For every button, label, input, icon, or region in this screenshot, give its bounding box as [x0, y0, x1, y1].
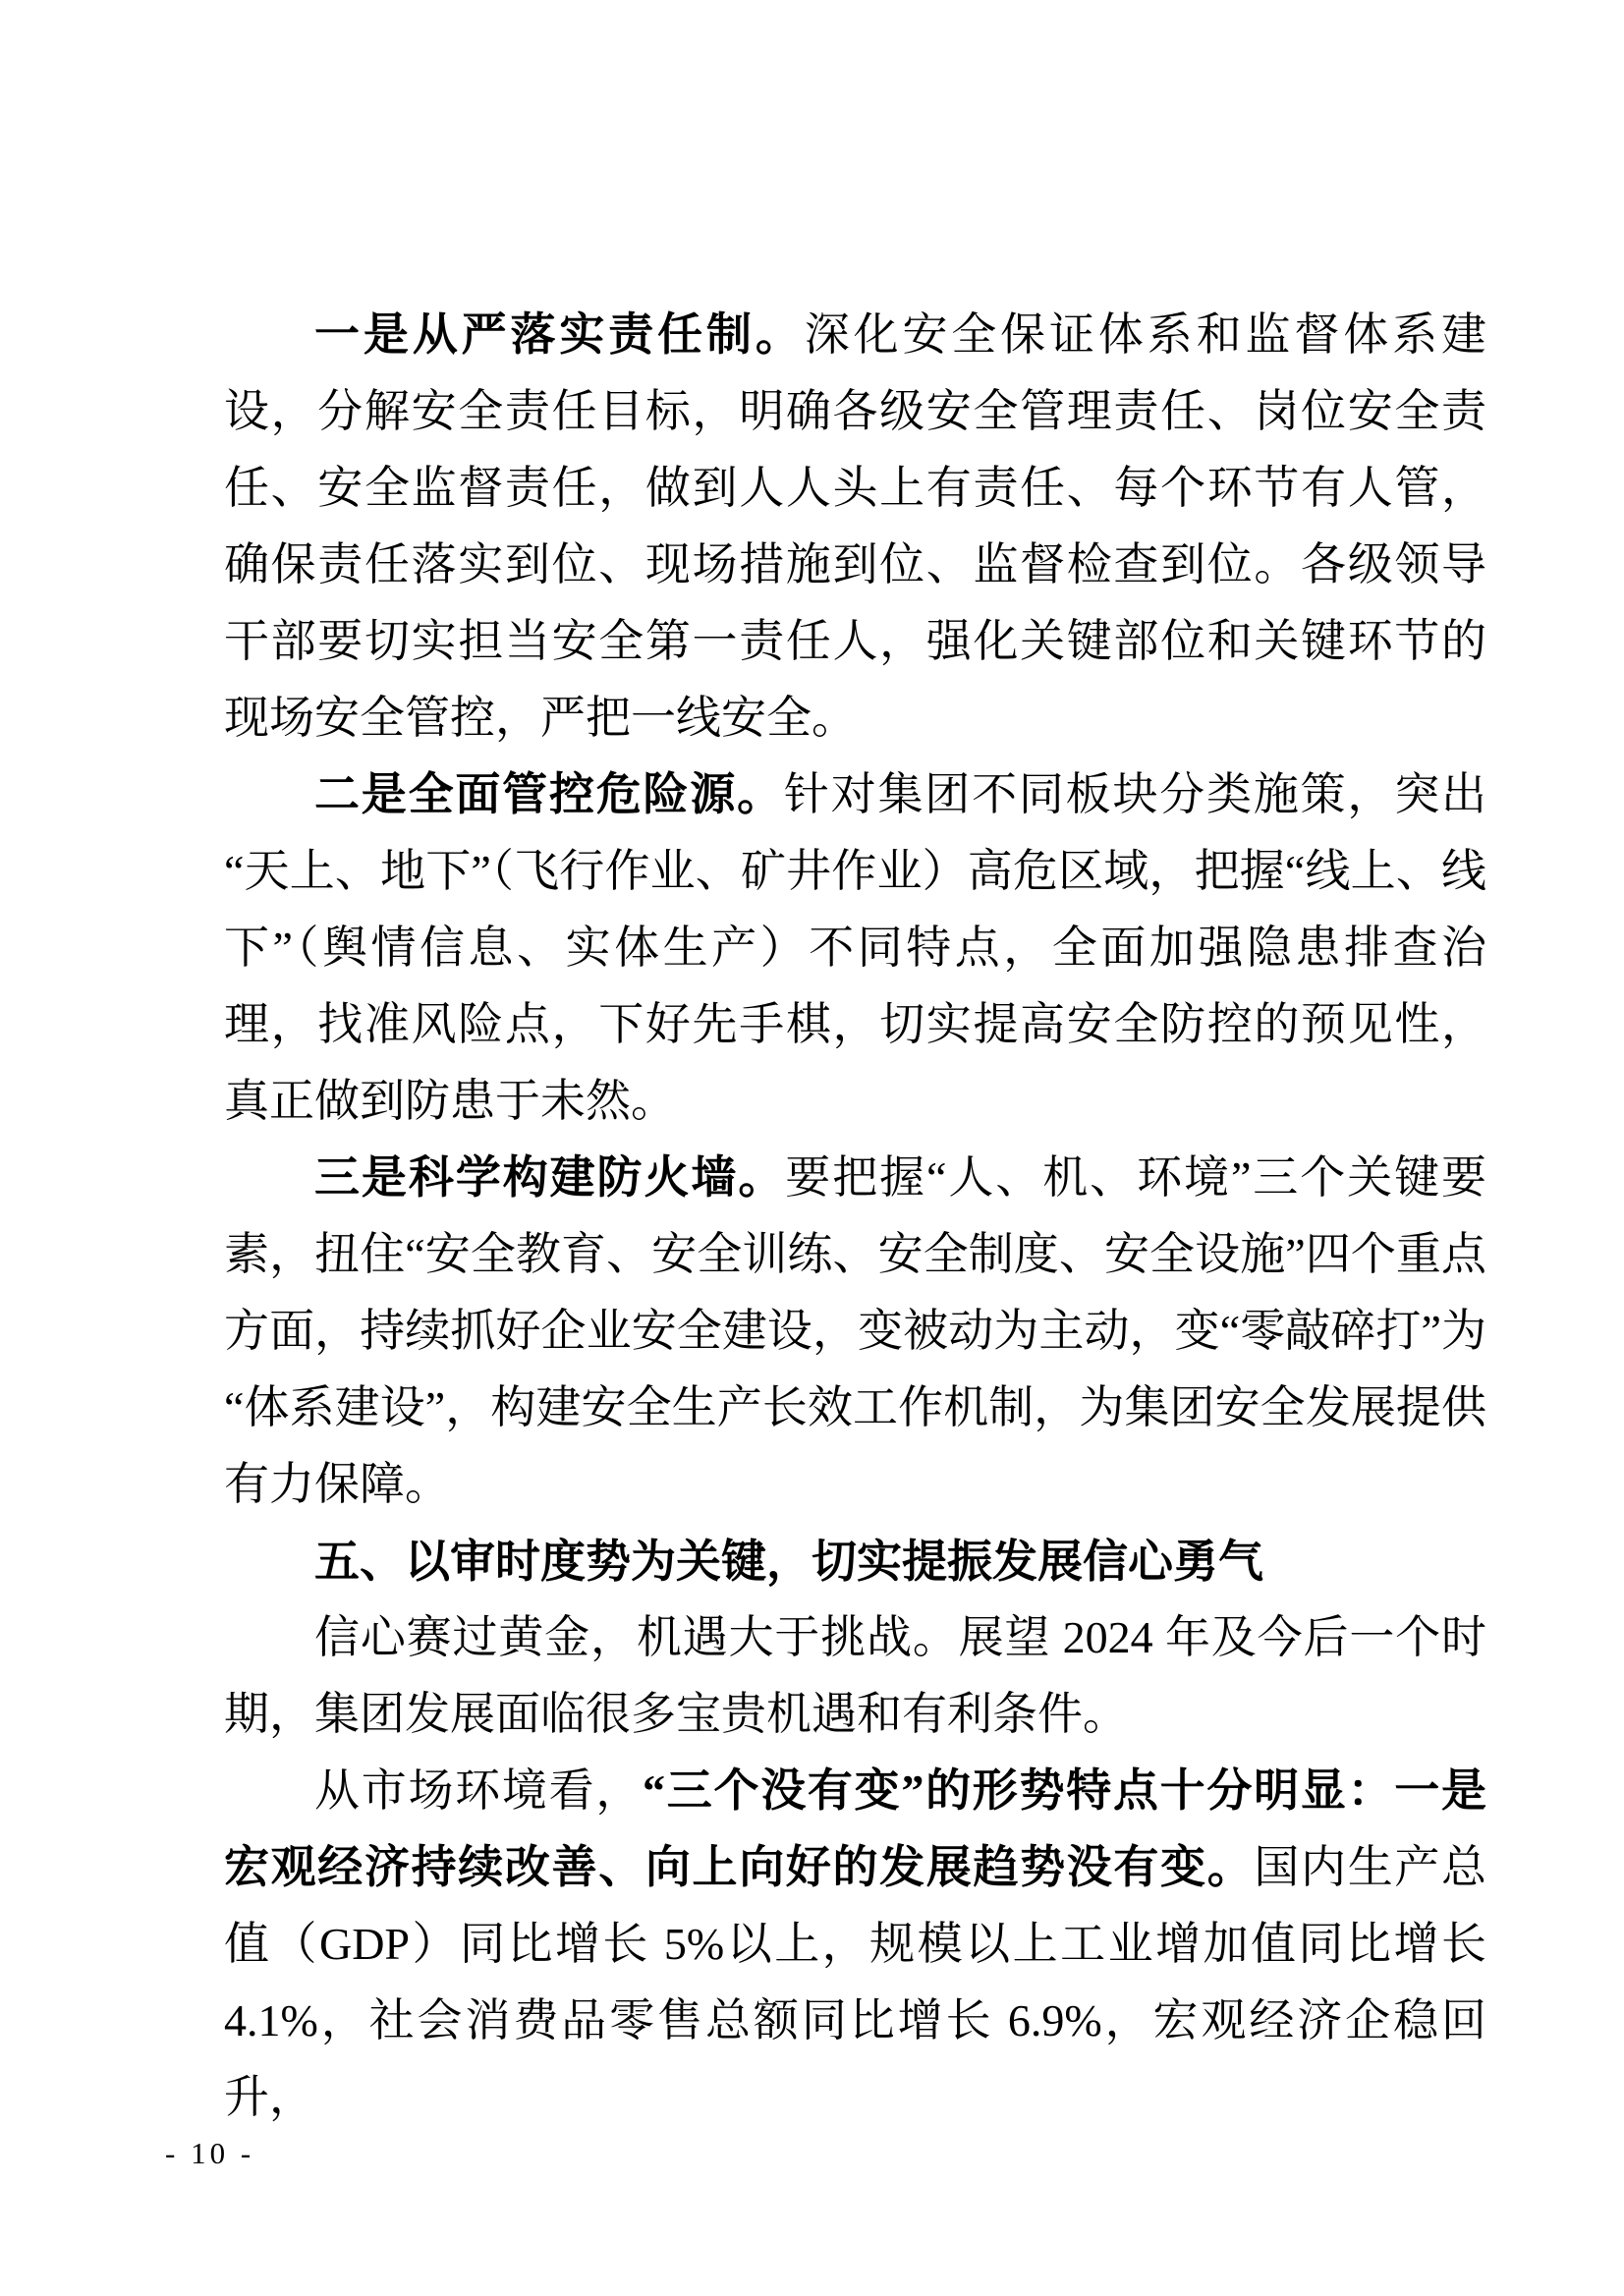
paragraph: 从市场环境看，“三个没有变”的形势特点十分明显：一是宏观经济持续改善、向上向好的…	[224, 1753, 1486, 2136]
text-run: 一是从严落实责任制。	[314, 309, 805, 360]
text-run: 深化安全保证体系和监督体系建设，分解安全责任目标，明确各级安全管理责任、岗位安全…	[224, 309, 1486, 743]
paragraph: 三是科学构建防火墙。要把握“人、机、环境”三个关键要素，扭住“安全教育、安全训练…	[224, 1140, 1486, 1523]
paragraph: 信心赛过黄金，机遇大于挑战。展望 2024 年及今后一个时期，集团发展面临很多宝…	[224, 1599, 1486, 1753]
text-run: 针对集团不同板块分类施策，突出“天上、地下”（飞行作业、矿井作业）高危区域，把握…	[224, 769, 1486, 1126]
section-heading: 五、以审时度势为关键，切实提振发展信心勇气	[224, 1523, 1486, 1599]
text-run: 要把握“人、机、环境”三个关键要素，扭住“安全教育、安全训练、安全制度、安全设施…	[224, 1152, 1486, 1509]
text-run: 二是全面管控危险源。	[314, 769, 784, 819]
page-number: - 10 -	[165, 2134, 254, 2173]
text-run: 五、以审时度势为关键，切实提振发展信心勇气	[314, 1536, 1263, 1587]
document-page: 一是从严落实责任制。深化安全保证体系和监督体系建设，分解安全责任目标，明确各级安…	[0, 0, 1624, 2296]
text-run: 从市场环境看，	[314, 1765, 643, 1816]
paragraph: 二是全面管控危险源。针对集团不同板块分类施策，突出“天上、地下”（飞行作业、矿井…	[224, 756, 1486, 1140]
paragraph: 一是从严落实责任制。深化安全保证体系和监督体系建设，分解安全责任目标，明确各级安…	[224, 297, 1486, 756]
text-run: 三是科学构建防火墙。	[314, 1152, 785, 1203]
text-run: 信心赛过黄金，机遇大于挑战。展望 2024 年及今后一个时期，集团发展面临很多宝…	[224, 1612, 1486, 1739]
document-body: 一是从严落实责任制。深化安全保证体系和监督体系建设，分解安全责任目标，明确各级安…	[224, 297, 1486, 2136]
